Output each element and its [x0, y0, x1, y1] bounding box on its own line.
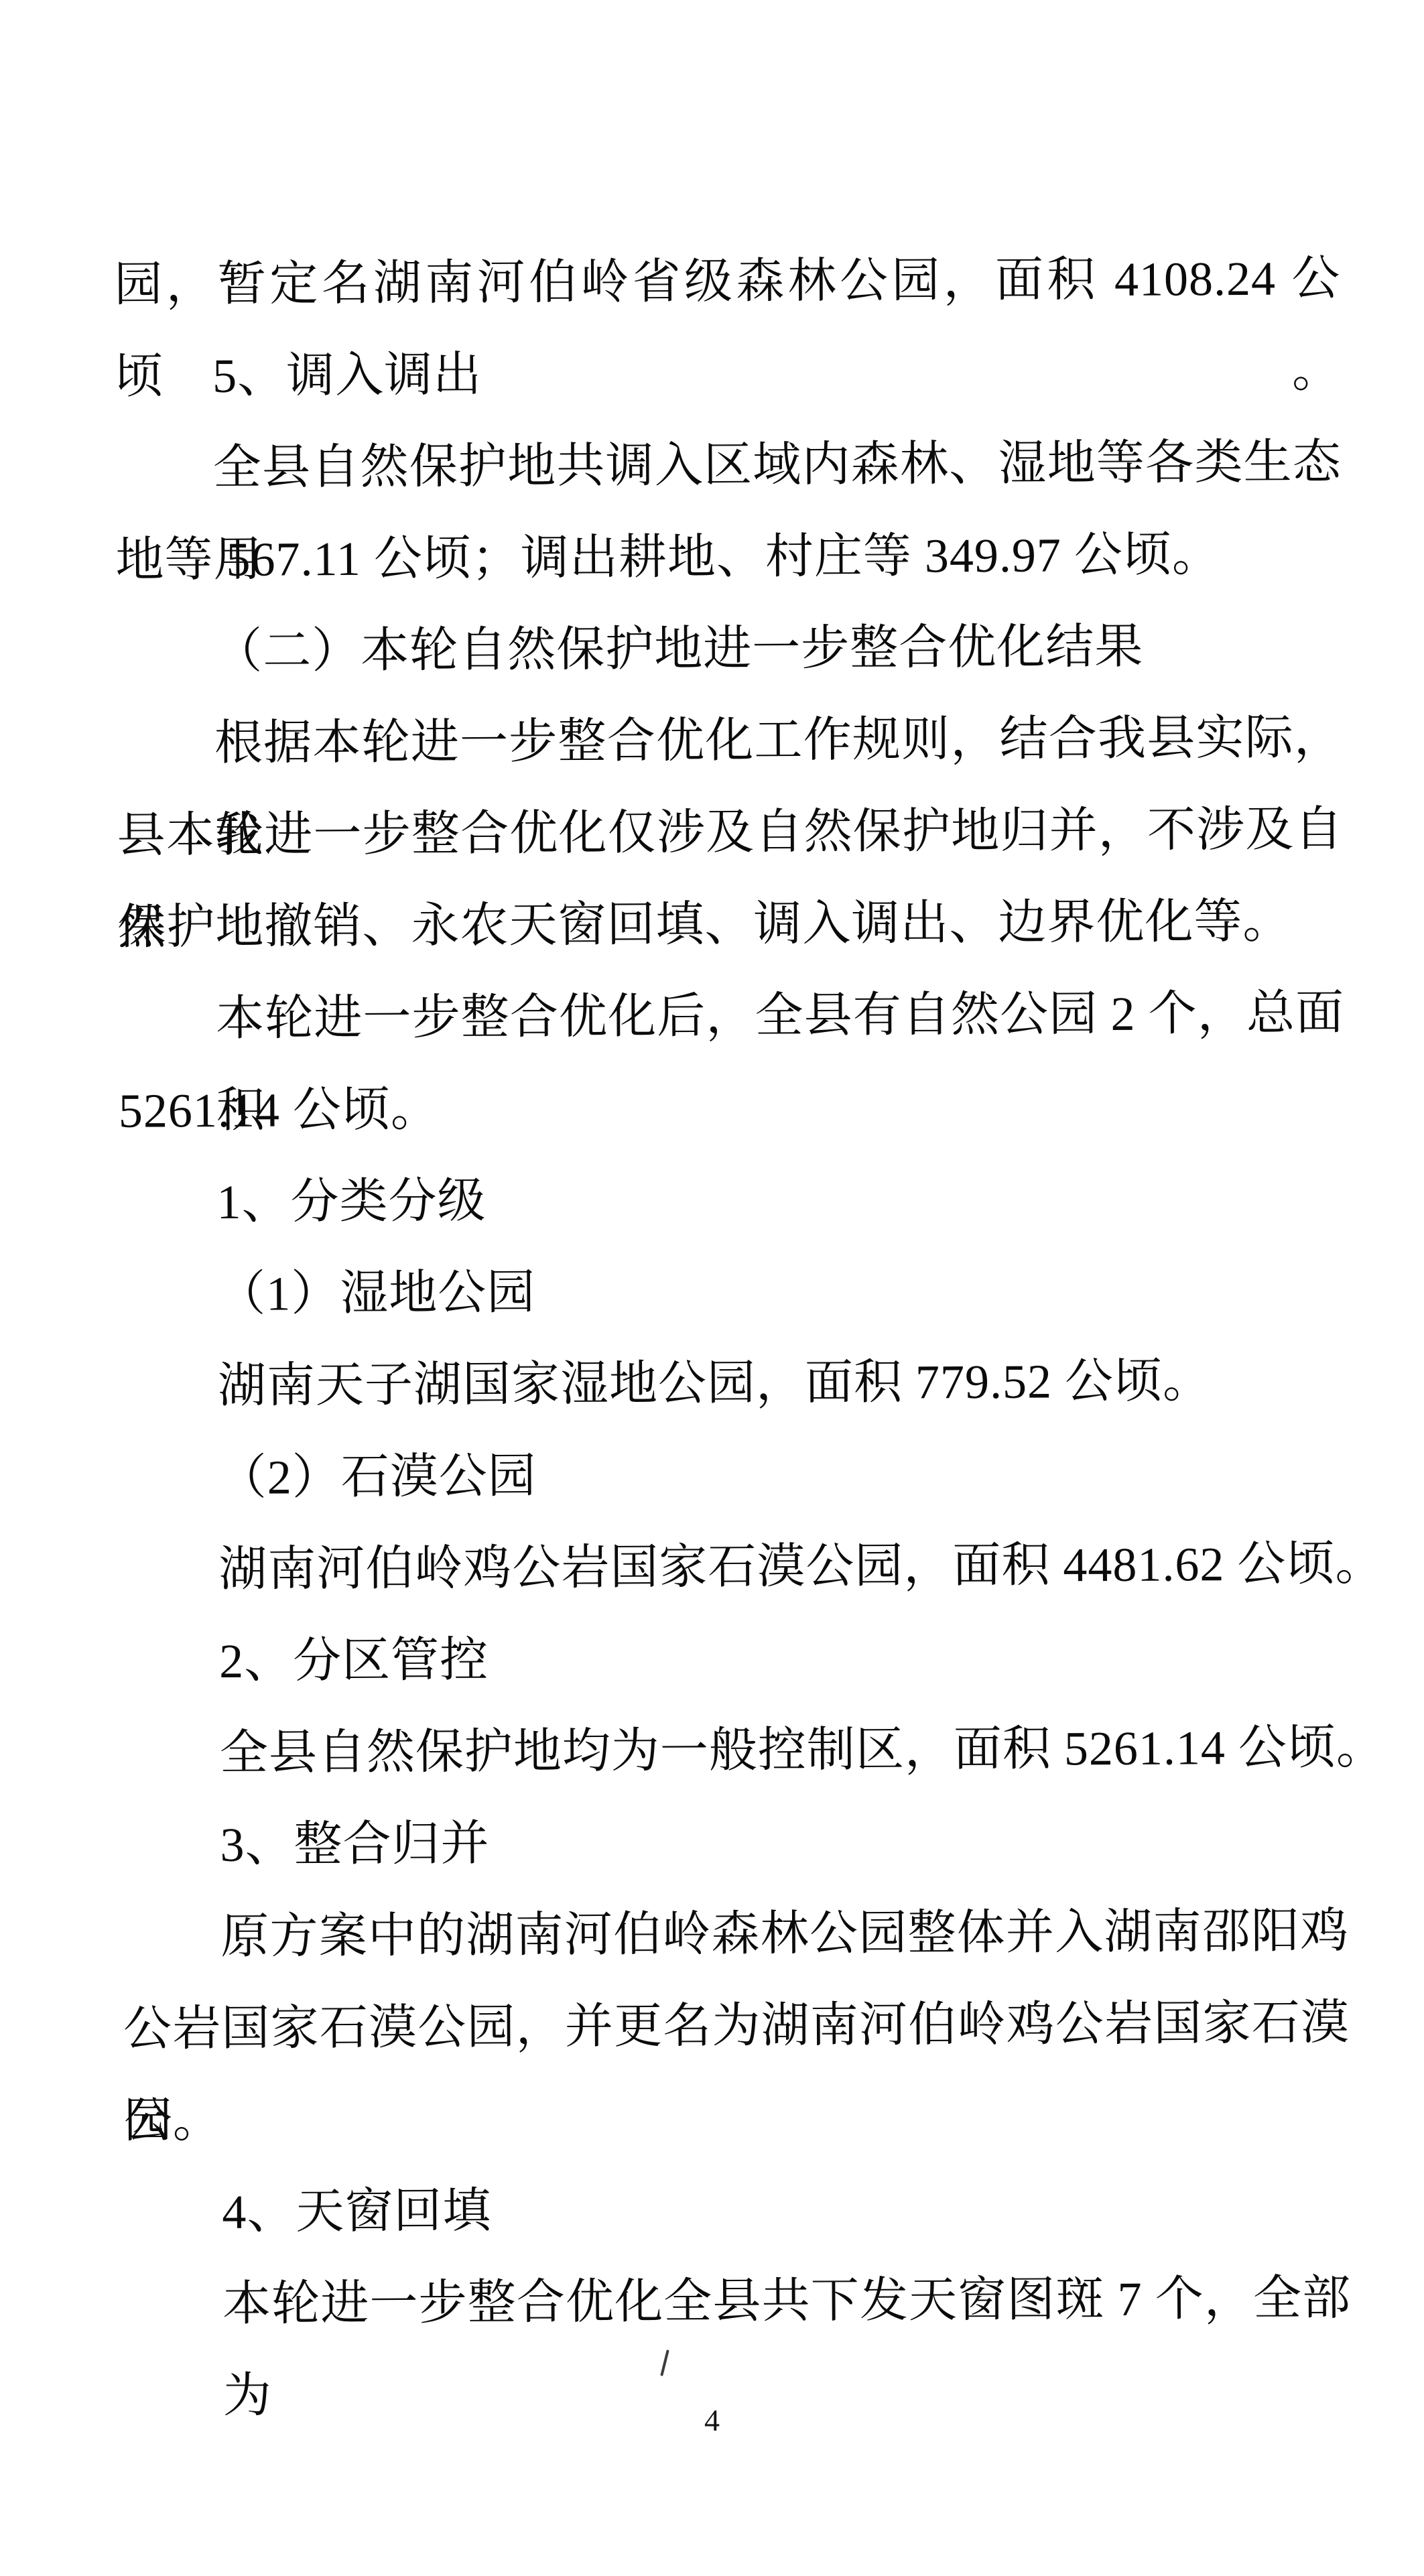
document-page: 园，暂定名湖南河伯岭省级森林公园，面积 4108.24 公顷。 5、调入调出 全… — [0, 0, 1424, 2576]
body-line: 地等 567.11 公顷；调出耕地、村庄等 349.97 公顷。 — [115, 508, 1342, 606]
section-heading: （二）本轮自然保护地进一步整合优化结果 — [116, 600, 1343, 698]
scan-artifact-slash — [660, 2349, 669, 2376]
subsection-heading: 4、天窗回填 — [124, 2161, 1351, 2259]
body-line: 本轮进一步整合优化全县共下发天窗图斑 7 个，全部为 — [125, 2252, 1352, 2351]
subsection-heading: （2）石漠公园 — [120, 1426, 1347, 1525]
body-line: 保护地撤销、永农天窗回填、调入调出、边界优化等。 — [117, 875, 1344, 974]
subsection-heading: （1）湿地公园 — [119, 1242, 1346, 1341]
body-line: 公岩国家石漠公园，并更名为湖南河伯岭鸡公岩国家石漠公 — [123, 1977, 1350, 2075]
page-number: 4 — [0, 2399, 1424, 2442]
subsection-heading: 3、整合归并 — [122, 1793, 1349, 1892]
body-line: 园，暂定名湖南河伯岭省级森林公园，面积 4108.24 公顷。 — [114, 233, 1341, 331]
body-line: 根据本轮进一步整合优化工作规则，结合我县实际，我 — [117, 692, 1344, 790]
subsection-heading: 2、分区管控 — [121, 1610, 1348, 1708]
body-line: 原方案中的湖南河伯岭森林公园整体并入湖南邵阳鸡 — [123, 1885, 1350, 1984]
body-line: 全县自然保护地均为一般控制区，面积 5261.14 公顷。 — [121, 1701, 1348, 1800]
subsection-heading: 1、分类分级 — [119, 1151, 1346, 1249]
body-line: 全县自然保护地共调入区域内森林、湿地等各类生态用 — [115, 416, 1342, 515]
body-line: 县本轮进一步整合优化仅涉及自然保护地归并，不涉及自然 — [117, 783, 1344, 882]
body-line: 本轮进一步整合优化后，全县有自然公园 2 个，总面积 — [118, 967, 1345, 1066]
body-line: 5261.14 公顷。 — [118, 1059, 1345, 1157]
body-line: 湖南天子湖国家湿地公园，面积 779.52 公顷。 — [120, 1334, 1347, 1433]
body-line: 湖南河伯岭鸡公岩国家石漠公园，面积 4481.62 公顷。 — [121, 1518, 1348, 1616]
body-line: 园。 — [123, 2069, 1350, 2167]
text-block: 园，暂定名湖南河伯岭省级森林公园，面积 4108.24 公顷。 5、调入调出 全… — [114, 233, 1351, 2351]
